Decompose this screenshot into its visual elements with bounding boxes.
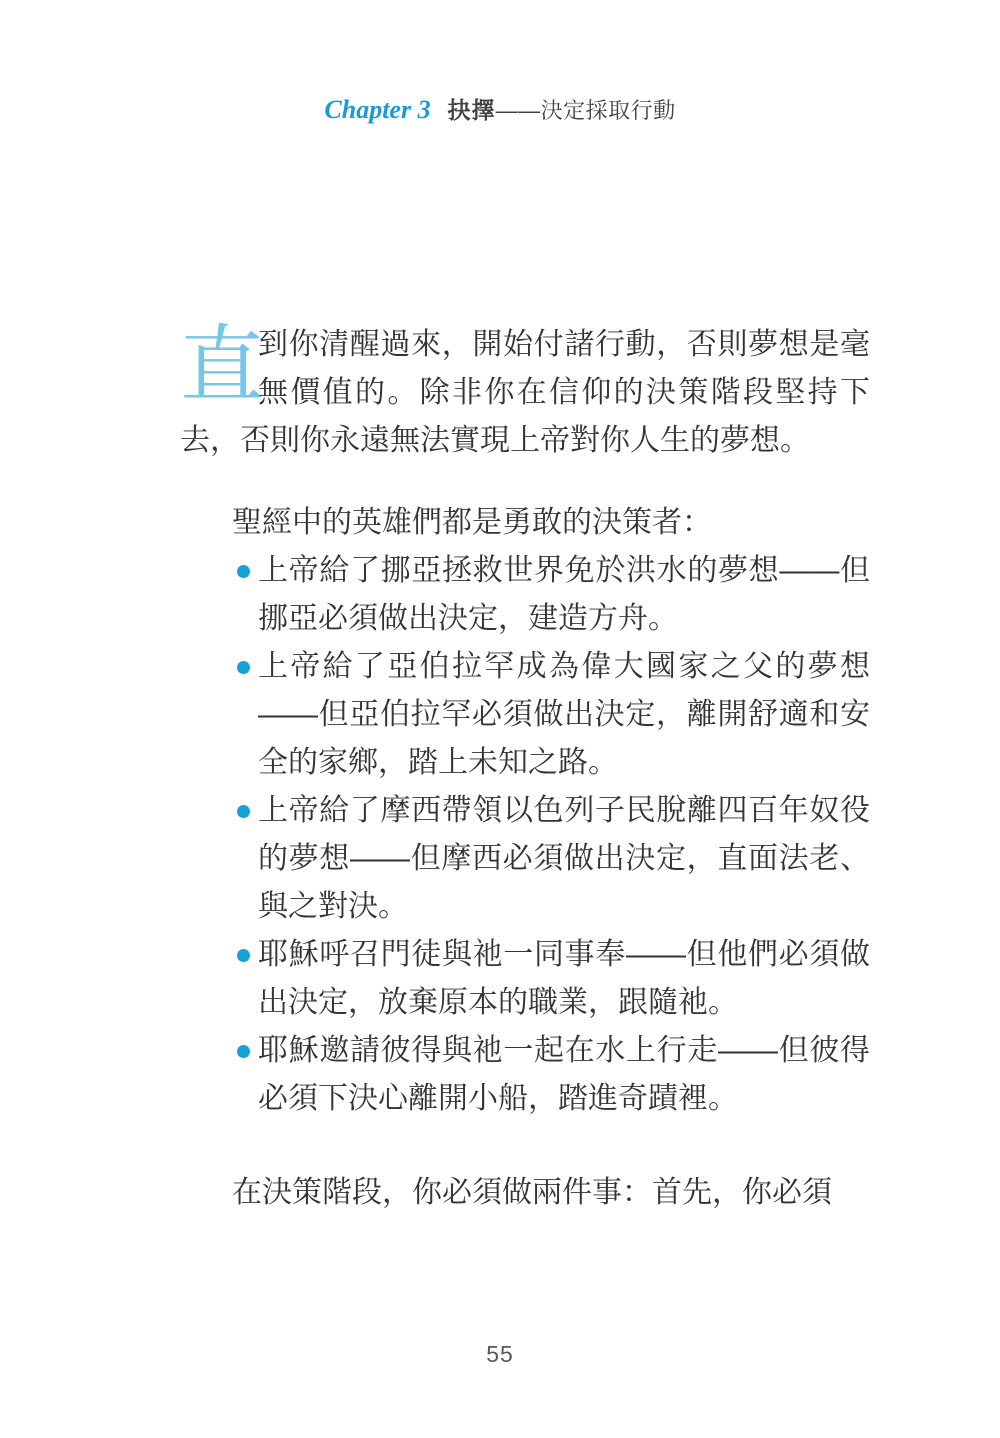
intro-line: 聖經中的英雄們都是勇敢的決策者：	[180, 499, 870, 547]
bullet-icon	[237, 805, 250, 818]
bullet-icon	[237, 949, 250, 962]
page-footer: 55	[0, 1341, 1000, 1368]
list-item-text: 耶穌邀請彼得與祂一起在水上行走——但彼得必須下決心離開小船，踏進奇蹟裡。	[258, 1034, 870, 1115]
bullet-list: 上帝給了挪亞拯救世界免於洪水的夢想——但挪亞必須做出決定，建造方舟。 上帝給了亞…	[180, 547, 870, 1123]
list-item-text: 上帝給了摩西帶領以色列子民脫離四百年奴役的夢想——但摩西必須做出決定，直面法老、…	[258, 794, 870, 923]
list-item: 上帝給了亞伯拉罕成為偉大國家之父的夢想——但亞伯拉罕必須做出決定，離開舒適和安全…	[180, 643, 870, 787]
dropcap-character: 直	[180, 321, 250, 411]
chapter-subtitle: 決定採取行動	[541, 94, 676, 125]
book-page: Chapter 3 抉擇 —— 決定採取行動 直到你清醒過來，開始付諸行動，否則…	[0, 0, 1000, 1438]
list-item: 耶穌邀請彼得與祂一起在水上行走——但彼得必須下決心離開小船，踏進奇蹟裡。	[180, 1027, 870, 1123]
chapter-header: Chapter 3 抉擇 —— 決定採取行動	[0, 92, 1000, 125]
chapter-label: Chapter 3	[324, 95, 430, 125]
opening-paragraph: 直到你清醒過來，開始付諸行動，否則夢想是毫無價值的。除非你在信仰的決策階段堅持下…	[180, 321, 870, 465]
list-item: 上帝給了摩西帶領以色列子民脫離四百年奴役的夢想——但摩西必須做出決定，直面法老、…	[180, 787, 870, 931]
list-item: 上帝給了挪亞拯救世界免於洪水的夢想——但挪亞必須做出決定，建造方舟。	[180, 547, 870, 643]
bullet-icon	[237, 661, 250, 674]
page-body: 直到你清醒過來，開始付諸行動，否則夢想是毫無價值的。除非你在信仰的決策階段堅持下…	[180, 321, 870, 1217]
bullet-icon	[237, 1045, 250, 1058]
closing-paragraph: 在決策階段，你必須做兩件事：首先，你必須	[180, 1169, 870, 1217]
chapter-dash: ——	[496, 98, 541, 124]
page-number: 55	[486, 1341, 514, 1367]
list-item-text: 耶穌呼召門徒與祂一同事奉——但他們必須做出決定，放棄原本的職業，跟隨祂。	[258, 938, 870, 1019]
list-item: 耶穌呼召門徒與祂一同事奉——但他們必須做出決定，放棄原本的職業，跟隨祂。	[180, 931, 870, 1027]
chapter-title: 抉擇	[448, 92, 496, 125]
list-item-text: 上帝給了挪亞拯救世界免於洪水的夢想——但挪亞必須做出決定，建造方舟。	[258, 554, 870, 635]
bullet-icon	[237, 565, 250, 578]
list-item-text: 上帝給了亞伯拉罕成為偉大國家之父的夢想——但亞伯拉罕必須做出決定，離開舒適和安全…	[258, 650, 870, 779]
opening-paragraph-text: 到你清醒過來，開始付諸行動，否則夢想是毫無價值的。除非你在信仰的決策階段堅持下去…	[180, 328, 870, 457]
